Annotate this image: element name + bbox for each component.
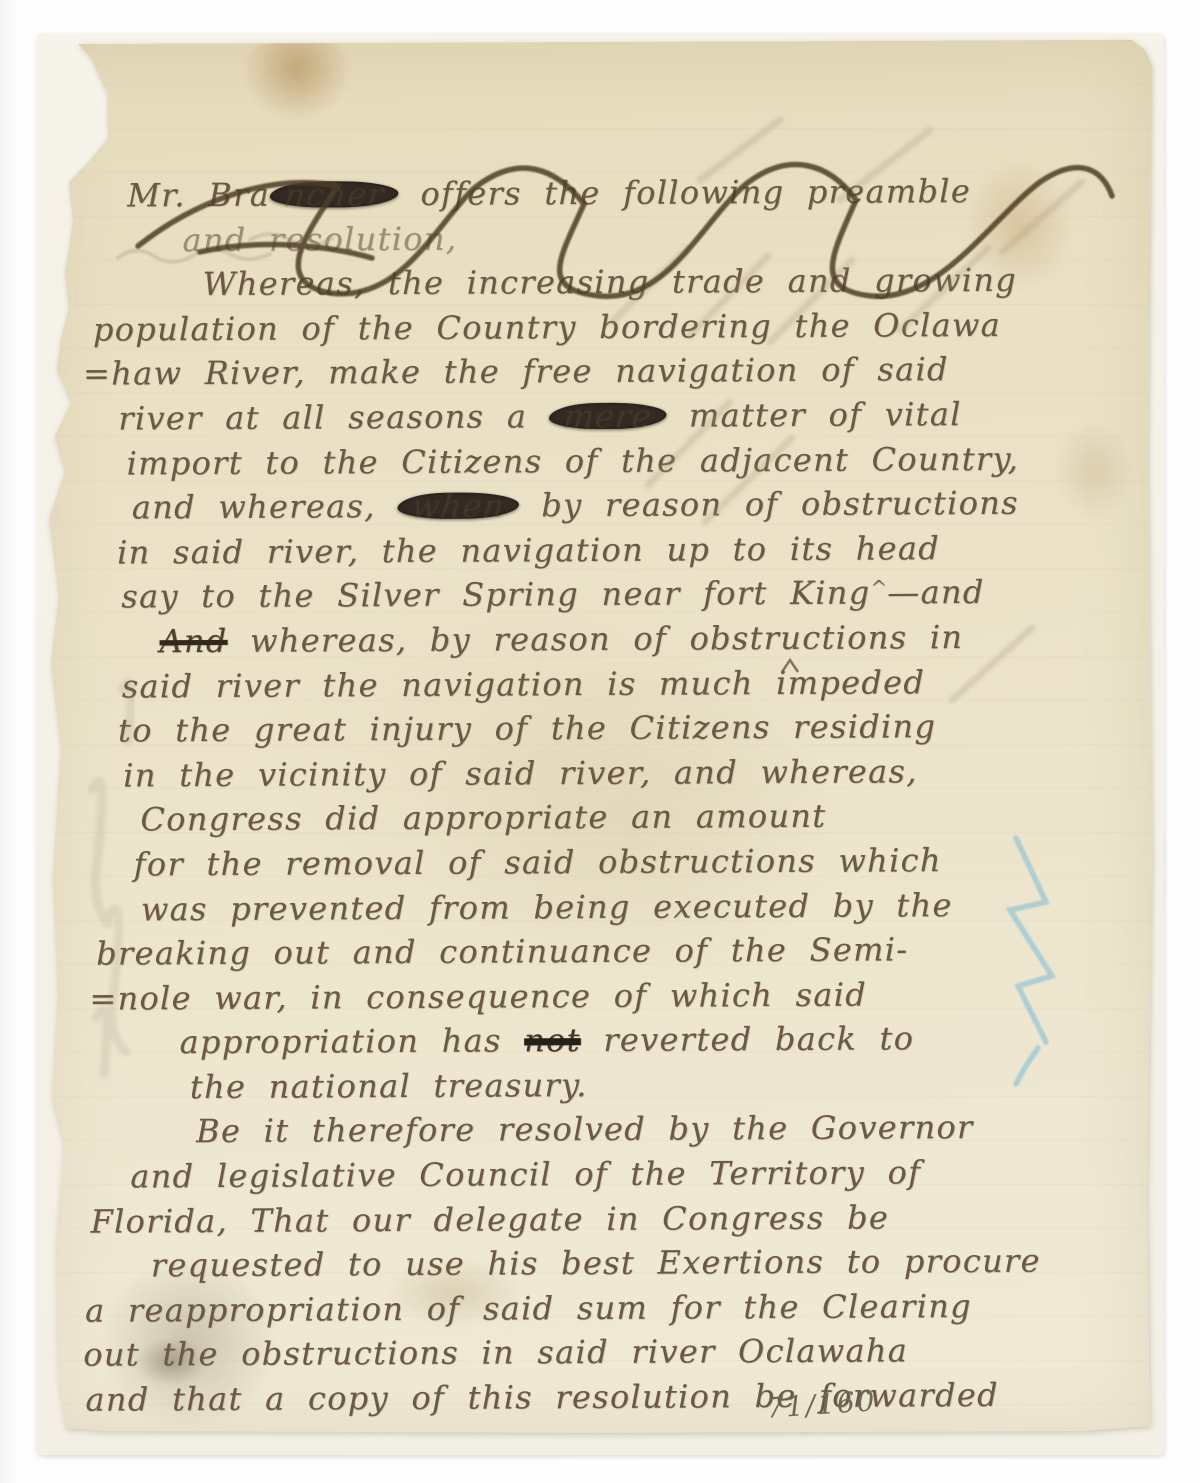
handwriting-text: Be it therefore resolved by the Governor (196, 1108, 974, 1150)
handwriting-text: in said river, the navigation up to its … (117, 529, 940, 571)
manuscript-line: breaking out and continuance of the Semi… (45, 929, 1145, 979)
manuscript-line: And whereas, by reason of obstructions i… (43, 617, 1143, 667)
ink-blot: mere (548, 403, 668, 430)
struck-word: And (159, 622, 227, 660)
manuscript-line: appropriation has not reverted back to (46, 1018, 1146, 1068)
manuscript-line: Congress did appropriate an amount (44, 795, 1144, 845)
manuscript-line: =nole war, in consequence of which said (45, 974, 1145, 1024)
document-scan: Mr. Brancher offers the following preamb… (0, 0, 1200, 1483)
manuscript-line: and resolution, (41, 216, 1141, 266)
manuscript-page-wrap: Mr. Brancher offers the following preamb… (44, 40, 1154, 1436)
manuscript-line: out the obstructions in said river Oclaw… (47, 1331, 1147, 1381)
manuscript-line: requested to use his best Exertions to p… (47, 1241, 1147, 1291)
handwriting-text: Mr. Bra (127, 176, 270, 215)
manuscript-line: river at all seasons a mere matter of vi… (42, 394, 1142, 444)
handwriting-text: the national treasury. (190, 1066, 588, 1106)
handwriting-text: river at all seasons a (118, 397, 550, 437)
manuscript-page: Mr. Brancher offers the following preamb… (44, 40, 1154, 1436)
manuscript-line: a reappropriation of said sum for the Cl… (47, 1286, 1147, 1336)
manuscript-line: in said river, the navigation up to its … (43, 528, 1143, 578)
manuscript-line: and that a copy of this resolution be fo… (47, 1375, 1147, 1425)
handwriting-text: whereas, by reason of obstructions in (228, 618, 964, 660)
handwriting-text: and resolution, (182, 219, 457, 258)
manuscript-line: in the vicinity of said river, and where… (44, 751, 1144, 801)
manuscript-line: for the removal of said obstructions whi… (45, 840, 1145, 890)
handwriting-text: offers the following preamble (398, 172, 971, 213)
manuscript-line: said river the navigation is much impede… (44, 662, 1144, 712)
manuscript-line: the national treasury. (46, 1063, 1146, 1113)
manuscript-line: Be it therefore resolved by the Governor (46, 1108, 1146, 1158)
ink-blot: when (396, 493, 520, 520)
manuscript-line: Mr. Brancher offers the following preamb… (41, 171, 1141, 221)
handwriting-text: Florida, That our delegate in Congress b… (90, 1198, 889, 1240)
handwriting-text: —and (887, 573, 985, 612)
manuscript-line: =haw River, make the free navigation of … (42, 350, 1142, 400)
handwriting-text: out the obstructions in said river Oclaw… (83, 1332, 908, 1374)
handwriting-text: and whereas, (132, 487, 398, 526)
handwriting-text: =nole war, in consequence of which said (89, 975, 867, 1017)
manuscript-line: and legislative Council of the Territory… (46, 1152, 1146, 1202)
handwriting-text: breaking out and continuance of the Semi… (96, 930, 908, 972)
handwriting-text: a reappropriation of said sum for the Cl… (85, 1287, 972, 1330)
handwriting-text: said river the navigation is much impede… (122, 663, 926, 705)
handwriting-text: import to the Citizens of the adjacent C… (126, 439, 1019, 482)
handwriting-text: say to the Silver Spring near fort King (121, 574, 870, 616)
handwriting-text: and legislative Council of the Territory… (130, 1153, 921, 1195)
handwriting-text: population of the Country bordering the … (93, 306, 1001, 349)
struck-word: not (524, 1021, 581, 1059)
handwriting-text: matter of vital (666, 395, 961, 435)
handwriting-text: appropriation has (180, 1022, 525, 1062)
manuscript-line: say to the Silver Spring near fort King^… (43, 572, 1143, 622)
handwriting-text: for the removal of said obstructions whi… (134, 841, 942, 883)
manuscript-line: import to the Citizens of the adjacent C… (42, 439, 1142, 489)
handwriting-text: by reason of obstructions (519, 484, 1019, 525)
handwriting-text: was prevented from being executed by the (141, 886, 953, 928)
manuscript-line: Florida, That our delegate in Congress b… (46, 1197, 1146, 1247)
handwriting-text: in the vicinity of said river, and where… (123, 752, 918, 794)
manuscript-line: Whereas, the increasing trade and growin… (42, 260, 1142, 310)
handwriting-text: Whereas, the increasing trade and growin… (203, 261, 1018, 303)
manuscript-line: population of the Country bordering the … (42, 305, 1142, 355)
manuscript-line: was prevented from being executed by the (45, 885, 1145, 935)
caret-insertion: ^ (870, 576, 887, 600)
handwriting-text: reverted back to (581, 1020, 915, 1060)
ink-blot: ncher (268, 181, 399, 208)
manuscript-line: to the great injury of the Citizens resi… (44, 706, 1144, 756)
handwriting-text: to the great injury of the Citizens resi… (118, 707, 936, 749)
manuscript-text: Mr. Brancher offers the following preamb… (40, 37, 1147, 1425)
handwriting-text: Congress did appropriate an amount (140, 797, 826, 839)
handwriting-text: =haw River, make the free navigation of … (83, 351, 949, 394)
manuscript-line: and whereas, when by reason of obstructi… (43, 483, 1143, 533)
handwriting-text: requested to use his best Exertions to p… (151, 1242, 1041, 1285)
